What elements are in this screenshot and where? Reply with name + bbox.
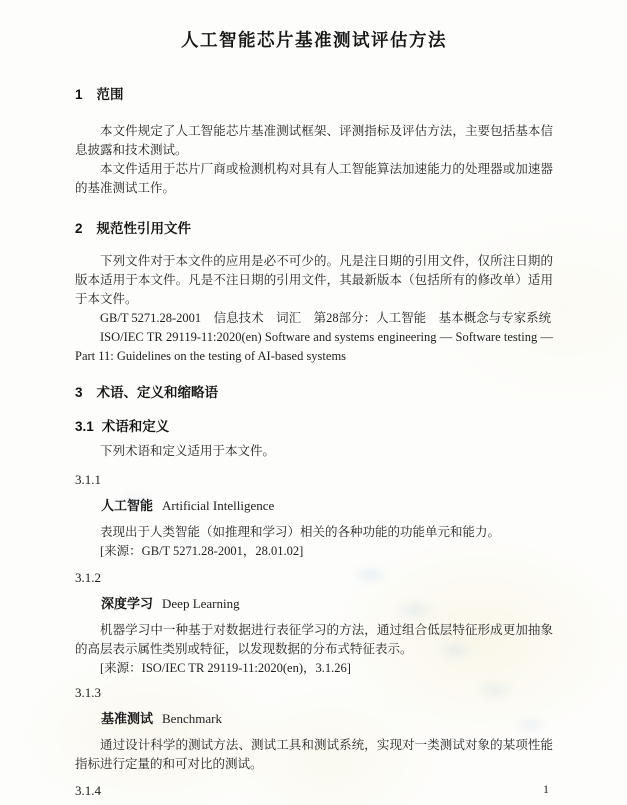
section-1-paragraph-2: 本文件适用于芯片厂商或检测机构对具有人工智能算法加速能力的处理器或加速器的基准测… — [75, 160, 553, 198]
term-en: Deep Learning — [162, 596, 240, 611]
section-1-number: 1 — [75, 87, 83, 102]
term-3-1-1-name: 人工智能Artificial Intelligence — [75, 497, 553, 515]
section-3-1-number: 3.1 — [75, 419, 94, 434]
term-3-1-1-definition: 表现出于人类智能（如推理和学习）相关的各种功能的功能单元和能力。 — [75, 523, 553, 542]
page-title: 人工智能芯片基准测试评估方法 — [75, 28, 553, 52]
document-page: 人工智能芯片基准测试评估方法 1范围 本文件规定了人工智能芯片基准测试框架、评测… — [0, 0, 627, 805]
term-3-1-3-definition: 通过设计科学的测试方法、测试工具和测试系统，实现对一类测试对象的某项性能指标进行… — [75, 736, 553, 774]
section-1-paragraph-1: 本文件规定了人工智能芯片基准测试框架、评测指标及评估方法，主要包括基本信息披露和… — [75, 122, 553, 160]
section-1-heading: 1范围 — [75, 86, 553, 104]
section-2-title: 规范性引用文件 — [97, 221, 192, 236]
section-2-paragraph-1: 下列文件对于本文件的应用是必不可少的。凡是注日期的引用文件，仅所注日期的版本适用… — [75, 252, 553, 309]
term-3-1-4-number: 3.1.4 — [75, 782, 553, 800]
section-2-heading: 2规范性引用文件 — [75, 220, 553, 238]
term-en: Benchmark — [162, 711, 222, 726]
term-cn: 基准测试 — [101, 711, 153, 726]
term-en: Artificial Intelligence — [162, 498, 274, 513]
section-1-title: 范围 — [97, 87, 124, 102]
term-3-1-2-definition: 机器学习中一种基于对数据进行表征学习的方法，通过组合低层特征形成更加抽象的高层表… — [75, 621, 553, 659]
section-3-title: 术语、定义和缩略语 — [97, 385, 219, 400]
section-3-1-title: 术语和定义 — [102, 419, 170, 434]
term-cn: 深度学习 — [101, 596, 153, 611]
normative-reference-iso: ISO/IEC TR 29119-11:2020(en) Software an… — [75, 328, 553, 366]
section-3-heading: 3术语、定义和缩略语 — [75, 384, 553, 402]
term-3-1-3-number: 3.1.3 — [75, 684, 553, 702]
section-3-1-heading: 3.1术语和定义 — [75, 418, 553, 436]
term-cn: 人工智能 — [101, 498, 153, 513]
section-2-number: 2 — [75, 221, 83, 236]
term-3-1-1-source: [来源：GB/T 5271.28-2001，28.01.02] — [75, 542, 553, 561]
normative-reference-gbt: GB/T 5271.28-2001 信息技术 词汇 第28部分：人工智能 基本概… — [75, 309, 553, 328]
terms-intro: 下列术语和定义适用于本文件。 — [75, 442, 553, 461]
page-number: 1 — [543, 782, 549, 797]
term-3-1-3-name: 基准测试Benchmark — [75, 710, 553, 728]
term-3-1-2-source: [来源：ISO/IEC TR 29119-11:2020(en)，3.1.26] — [75, 659, 553, 678]
term-3-1-1-number: 3.1.1 — [75, 471, 553, 489]
term-3-1-2-number: 3.1.2 — [75, 569, 553, 587]
section-3-number: 3 — [75, 385, 83, 400]
term-3-1-2-name: 深度学习Deep Learning — [75, 595, 553, 613]
